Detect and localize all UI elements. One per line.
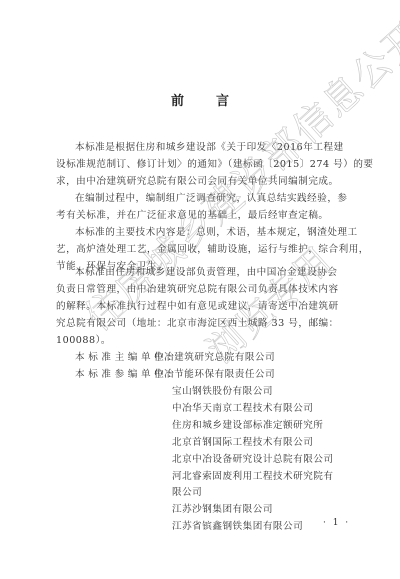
title-char-1: 前	[171, 90, 184, 109]
participating-unit: 宝山钢铁股份有限公司	[172, 384, 334, 401]
participating-unit: 北京首钢国际工程技术有限公司	[172, 435, 334, 452]
paragraph-line: 本标准是根据住房和城乡建设部《关于印发〈2016年工程建	[56, 140, 352, 157]
participating-unit: 中冶华天南京工程技术有限公司	[172, 401, 334, 418]
page-title: 前言	[0, 90, 400, 109]
document-page: 前言 本标准是根据住房和城乡建设部《关于印发〈2016年工程建 设标准规范制订、…	[0, 0, 400, 579]
paragraph-line: 艺，高炉渣处理工艺，金属回收，辅助设施，运行与维护，综合利用，	[56, 242, 352, 259]
participating-unit: 住房和城乡建设部标准定额研究所	[172, 418, 334, 435]
paragraph-line: 本标准由住房和城乡建设部负责管理，由中国冶金建设协会	[56, 265, 352, 282]
paragraph-line: 在编制过程中，编制组广泛调查研究，认真总结实践经验，参	[56, 191, 352, 208]
title-char-2: 言	[216, 90, 229, 109]
paragraph-line: 的解释。本标准执行过程中如有意见或建议，请寄送中冶建筑研	[56, 299, 352, 316]
participating-unit: 江苏省镔鑫钢铁集团有限公司	[172, 519, 334, 536]
participating-unit-label: 本标准参编单位：	[56, 367, 154, 384]
editing-units: 本标准主编单位： 中冶建筑研究总院有限公司 本标准参编单位： 中冶节能环保有限责…	[56, 350, 275, 384]
paragraph-line: 究总院有限公司（地址：北京市海淀区西土城路 33 号，邮编：	[56, 316, 352, 333]
paragraph-line: 考有关标准，并在广泛征求意见的基础上，最后经审查定稿。	[56, 208, 352, 225]
paragraph-2: 在编制过程中，编制组广泛调查研究，认真总结实践经验，参 考有关标准，并在广泛征求…	[56, 191, 352, 225]
paragraph-line: 100088）。	[56, 333, 352, 350]
paragraph-1: 本标准是根据住房和城乡建设部《关于印发〈2016年工程建 设标准规范制订、修订计…	[56, 140, 352, 191]
paragraph-line: 本标准的主要技术内容是：总则，术语，基本规定，钢渣处理工	[56, 225, 352, 242]
page-number: · 1 ·	[323, 518, 350, 528]
participating-unit-list: 宝山钢铁股份有限公司 中冶华天南京工程技术有限公司 住房和城乡建设部标准定额研究…	[172, 384, 334, 536]
participating-unit: 江苏沙钢集团有限公司	[172, 502, 334, 519]
participating-unit: 限公司	[172, 485, 334, 502]
paragraph-line: 设标准规范制订、修订计划〉的通知》（建标函〔2015〕274 号）的要	[56, 157, 352, 174]
participating-unit: 河北睿索固废利用工程技术研究院有	[172, 469, 334, 486]
participating-unit: 北京中冶设备研究设计总院有限公司	[172, 452, 334, 469]
paragraph-4: 本标准由住房和城乡建设部负责管理，由中国冶金建设协会 负责日常管理，由中冶建筑研…	[56, 265, 352, 350]
paragraph-line: 负责日常管理，由中冶建筑研究总院有限公司负责具体技术内容	[56, 282, 352, 299]
participating-unit: 中冶节能环保有限责任公司	[154, 367, 275, 384]
participating-unit-row: 本标准参编单位： 中冶节能环保有限责任公司	[56, 367, 275, 384]
chief-unit-row: 本标准主编单位： 中冶建筑研究总院有限公司	[56, 350, 275, 367]
chief-unit: 中冶建筑研究总院有限公司	[154, 350, 275, 367]
paragraph-line: 求，由中冶建筑研究总院有限公司会同有关单位共同编制完成。	[56, 174, 352, 191]
chief-unit-label: 本标准主编单位：	[56, 350, 154, 367]
